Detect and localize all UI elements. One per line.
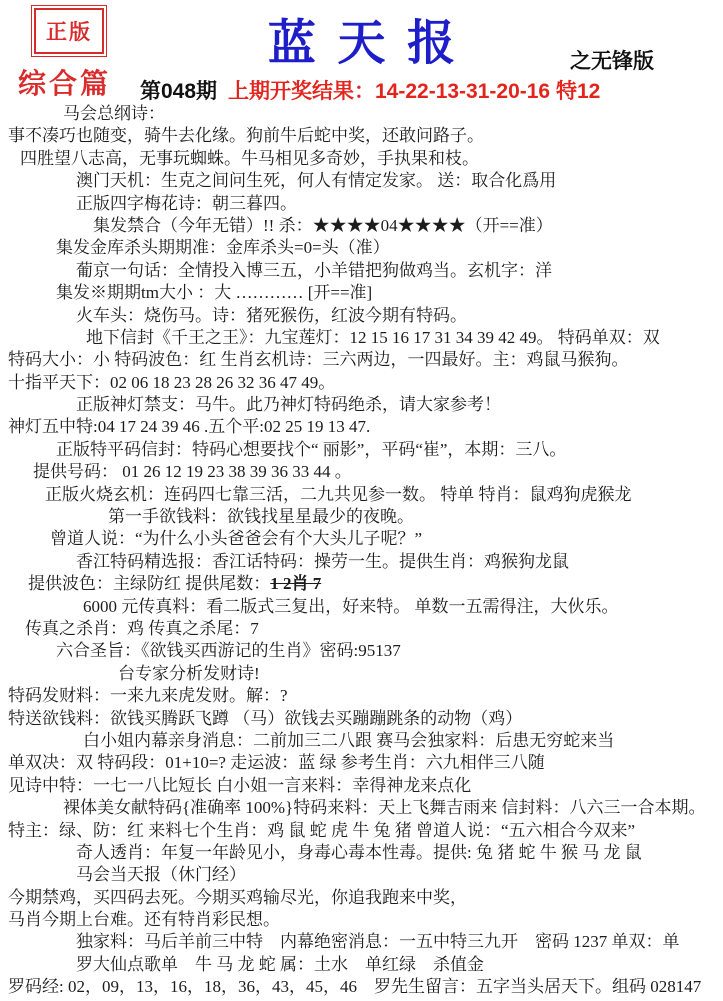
issue-number: 第048期 — [140, 75, 217, 105]
text-line: 正版四字梅花诗：朝三暮四。 — [8, 193, 722, 215]
edition-label: 之无锋版 — [570, 45, 654, 75]
text-line: 裸体美女献特码{准确率 100%}特码来料：天上飞舞吉雨来 信封料：八六三一合本… — [8, 797, 722, 819]
text-line: 地下信封《千王之王》：九宝莲灯：12 15 16 17 31 34 39 42 … — [8, 327, 722, 349]
text-line: 马会总纲诗： — [8, 103, 722, 125]
text-line: 白小姐内幕亲身消息：二前加三二八跟 赛马会独家料：后患无穷蛇来当 — [8, 730, 722, 752]
text-line: 今期禁鸡，买四码去死。今期买鸡输尽光，你追我跑来中奖， — [8, 887, 722, 909]
text-line: 火车头：烧伤马。诗：猪死猴伤，红波今期有特码。 — [8, 305, 722, 327]
text-line: 正版神灯禁支：马牛。此乃神灯特码绝杀，请大家参考！ — [8, 394, 722, 416]
text-line: 单双决：双 特码段：01+10=? 走运波：蓝 绿 参考生肖：六九相伴三八随 — [8, 752, 722, 774]
text-line: 香江特码精选报：香江话特码：操劳一生。提供生肖：鸡猴狗龙鼠 — [8, 551, 722, 573]
text-line: 特码发财料：一来九来虎发财。解：? — [8, 685, 722, 707]
text-line: 第一手欲钱料：欲钱找星星最少的夜晚。 — [8, 506, 722, 528]
text-line: 特码大小：小 特码波色：红 生肖玄机诗：三六两边，一四最好。主：鸡鼠马猴狗。 — [8, 349, 722, 371]
text-line: 马肖今期上台难。还有特肖彩民想。 — [8, 909, 722, 931]
text-line: 奇人透肖：年复一年龄见小，身毒心毒本性毒。提供: 兔 猪 蛇 牛 猴 马 龙 鼠 — [8, 842, 722, 864]
text-line: 澳门天机：生克之间问生死，何人有情定发家。 送：取合化爲用 — [8, 170, 722, 192]
text-line: 正版特平码信封：特码心想要找个“ 丽影”，平码“崔”，本期：三八。 — [8, 439, 722, 461]
text-line: 十指平天下：02 06 18 23 28 26 32 36 47 49。 — [8, 372, 722, 394]
text-line: 特送欲钱料：欲钱买腾跃飞蹲 （马）欲钱去买蹦蹦跳条的动物（鸡） — [8, 708, 722, 730]
text-line: 提供波色：主绿防红 提供尾数：1 2肖 7 — [8, 573, 722, 595]
text-line: 特主：绿、防：红 来料七个生肖：鸡 鼠 蛇 虎 牛 兔 猪 曾道人说：“五六相合… — [8, 820, 722, 842]
text-line: 事不凑巧也随变，骑牛去化缘。狗前牛后蛇中奖，还敢问路子。 — [8, 125, 722, 147]
last-draw-result: 上期开奖结果：14-22-13-31-20-16 特12 — [228, 75, 600, 105]
text-line: 传真之杀肖：鸡 传真之杀尾：7 — [8, 618, 722, 640]
text-line: 集发禁合（今年无错）!! 杀：★★★★04★★★★（开==准） — [8, 215, 722, 237]
strikethrough-text: 1 2肖 7 — [270, 574, 321, 593]
text-line: 正版火烧玄机：连码四七靠三活，二九共见参一数。 特单 特肖：鼠鸡狗虎猴龙 — [8, 484, 722, 506]
newspaper-page: 正版 蓝天报 之无锋版 综合篇 第048期 上期开奖结果：14-22-13-31… — [0, 0, 723, 1001]
text-line: 神灯五中特:04 17 24 39 46 .五个平:02 25 19 13 47… — [8, 416, 722, 438]
text-line: 葡京一句话：全情投入博三五，小羊错把狗做鸡当。玄机字：洋 — [8, 260, 722, 282]
text-line: 台专家分析发财诗! — [8, 663, 722, 685]
text-line: 6000 元传真料：看二版式三复出，好来特。 单数一五需得注，大伙乐。 — [8, 596, 722, 618]
text-line: 集发金库杀头期期准：金库杀头=0=头（准） — [8, 237, 722, 259]
text-line: 罗码经: 02，09，13，16，18，36，43，45，46 罗先生留言：五字… — [8, 976, 722, 998]
text-line: 曾道人说：“为什么小头爸爸会有个大头儿子呢？” — [8, 528, 722, 550]
text-line: 集发※期期tm大小 ：大 ………… [开==准] — [8, 282, 722, 304]
text-line: 六合圣旨：《欲钱买西游记的生肖》密码:95137 — [8, 640, 722, 662]
body-lines: 马会总纲诗：事不凑巧也随变，骑牛去化缘。狗前牛后蛇中奖，还敢问路子。四胜望八志高… — [8, 103, 722, 999]
text-line: 罗大仙点歌单 牛 马 龙 蛇 属：土水 单红绿 杀值金 — [8, 954, 722, 976]
text-line: 马会当天报（休门经） — [8, 864, 722, 886]
text-line: 见诗中特：一七一八比短长 白小姐一言来料：幸得神龙来点化 — [8, 775, 722, 797]
text-line: 独家料：马后羊前三中特 内幕绝密消息：一五中特三九开 密码 1237 单双：单 — [8, 931, 722, 953]
text-line: 四胜望八志高，无事玩蜘蛛。牛马相见多奇妙，手执果和枝。 — [8, 148, 722, 170]
section-title: 综合篇 — [18, 62, 111, 102]
text-line: 提供号码： 01 26 12 19 23 38 39 36 33 44 。 — [8, 461, 722, 483]
text-segment: 提供波色：主绿防红 提供尾数： — [28, 574, 270, 593]
